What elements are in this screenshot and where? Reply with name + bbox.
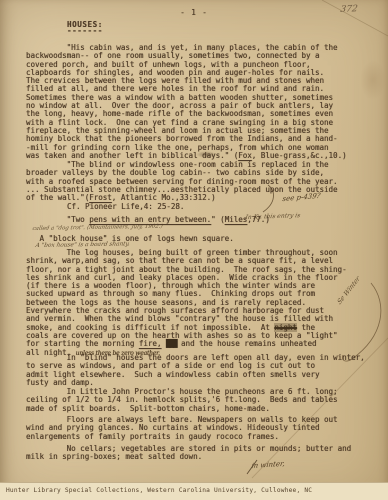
citation-author-frost: Frost	[89, 193, 112, 202]
paragraph-blind-houses: In "blind" houses the doors are left ope…	[26, 354, 372, 387]
typed-page-number: - 1 -	[0, 9, 388, 17]
underlined-phrase: pens with an entry between.	[89, 215, 211, 224]
struck-out-word: night	[274, 323, 297, 332]
paragraph-miles-quote: "Two pens with an entry between." (Miles…	[26, 216, 372, 224]
inked-out-word: ███	[166, 339, 177, 348]
quote-body: "His cabin was, and is yet, in many plac…	[26, 43, 338, 160]
paragraph-cellars: No cellars; vegetables are stored in pit…	[26, 445, 372, 462]
paragraph-floors: Floors are always left bare. Newspapers …	[26, 416, 372, 441]
handwritten-bottom-note: in winter,	[251, 460, 286, 470]
underlined-word-fire: fire,	[139, 339, 162, 348]
library-attribution-text: Hunter Library Special Collections, West…	[0, 483, 388, 495]
cf-pioneer-life-line: Cf. Pioneer Life,4: 25-28.	[67, 203, 184, 211]
citation-author-fox: Fox	[238, 151, 252, 160]
scanned-typescript-page: - 1 - 372 HOUSES: ------- "His cabin was…	[0, 0, 388, 500]
pencil-page-number: 372	[340, 4, 358, 15]
title-underline: -------	[67, 27, 103, 35]
quote-mid: " (	[211, 215, 225, 224]
quote-open: "Two	[26, 215, 89, 224]
citation-rest: , Atlantic Mo.,33:312.)	[112, 193, 216, 202]
library-attribution-strip: Hunter Library Special Collections, West…	[0, 482, 388, 500]
citation-rest: , Blue-grass,&c.,10.)	[252, 151, 347, 160]
handwritten-dogtrot-note-line2: called a "dog trot". (Mountaineers, July…	[32, 224, 163, 232]
paragraph-proctor-house: In Little John Proctor's house the punch…	[26, 388, 372, 413]
paragraph-fox-quote: "His cabin was, and is yet, in many plac…	[26, 44, 372, 160]
paragraph-log-houses: The log houses, being built of green tim…	[26, 249, 372, 358]
body-text: The log houses, being built of green tim…	[26, 248, 347, 332]
